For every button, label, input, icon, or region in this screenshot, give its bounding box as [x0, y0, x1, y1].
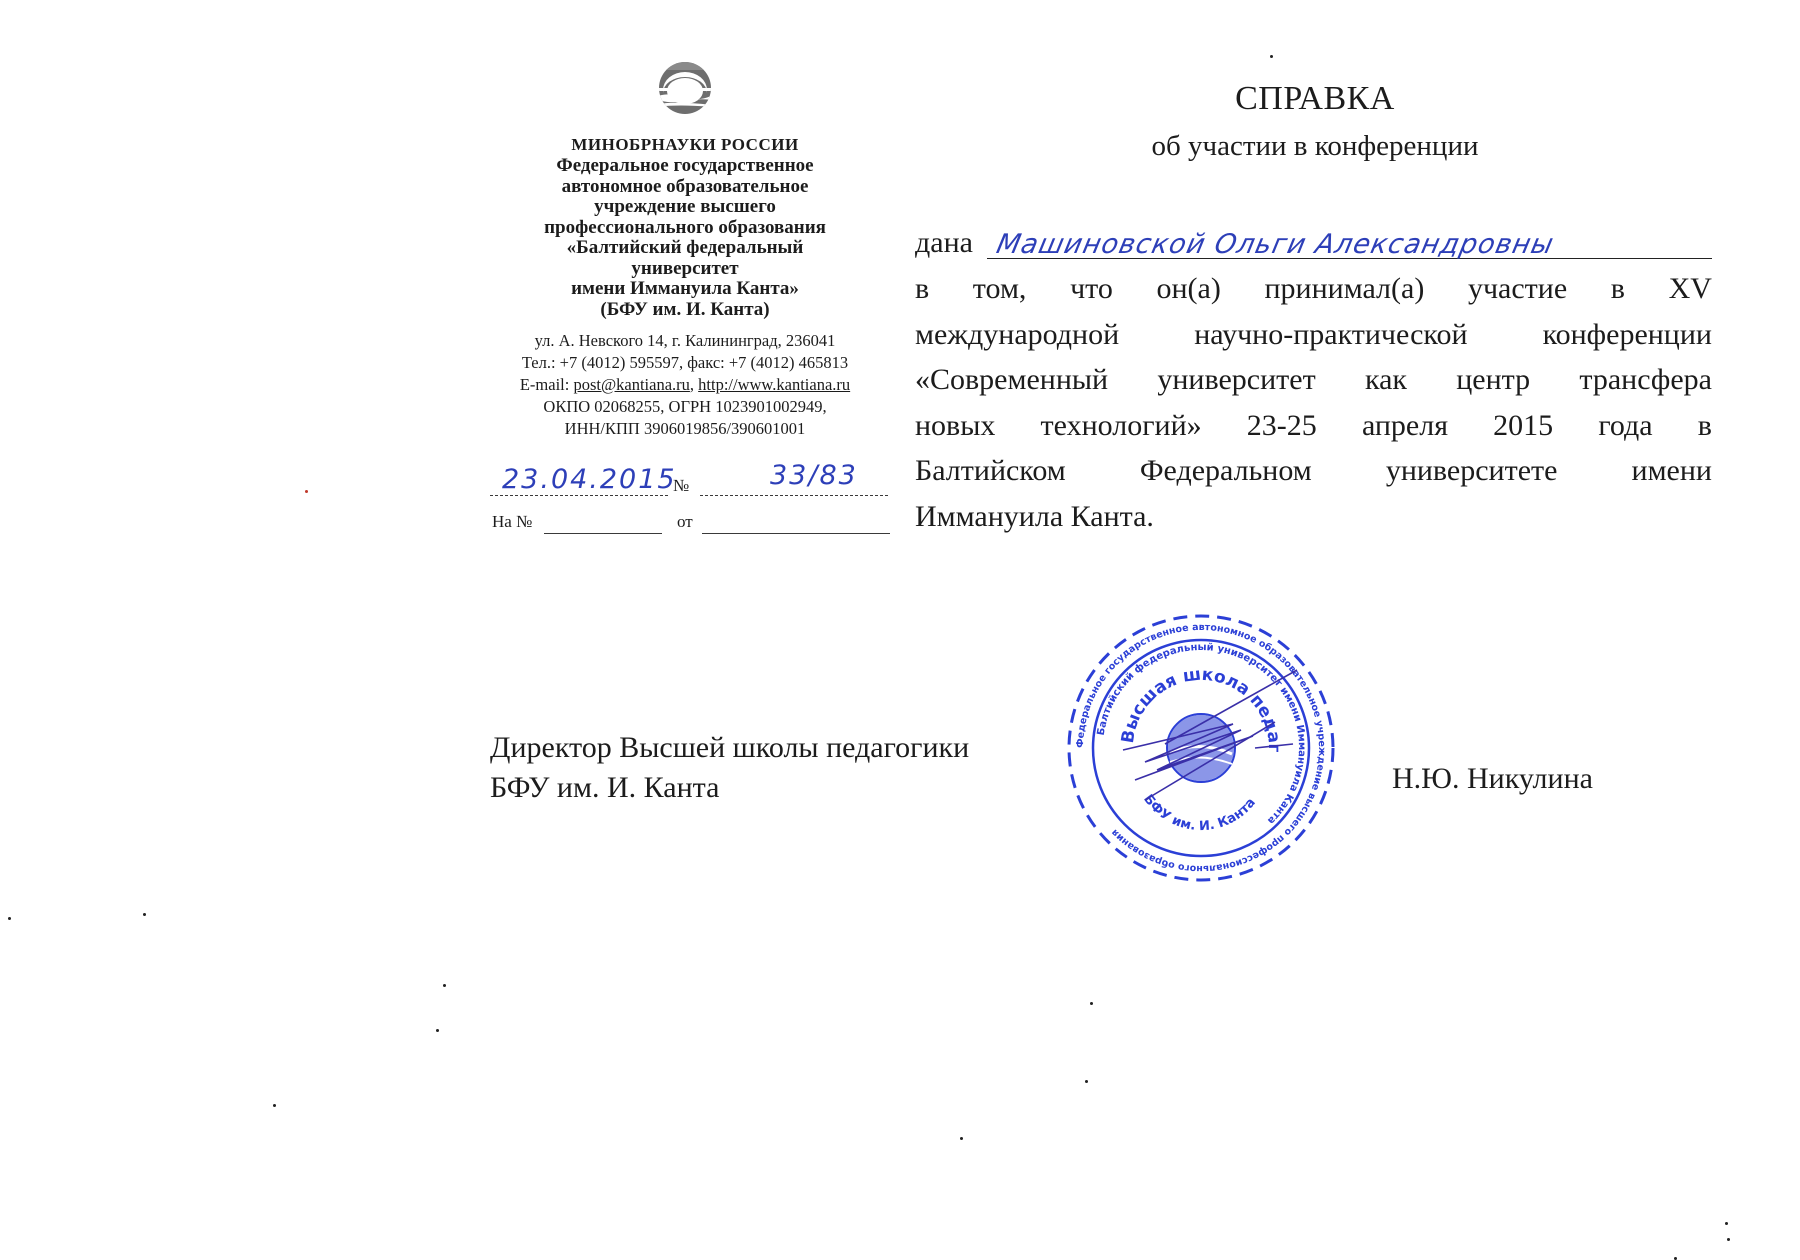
registration-number: 33/83 [770, 460, 858, 491]
scan-speck [960, 1137, 963, 1140]
body-line: БалтийскомФедеральномуниверситетеимени [915, 448, 1712, 494]
body-word: 2015 [1493, 403, 1553, 449]
scan-speck [8, 917, 11, 920]
email-web: E-mail: post@kantiana.ru, http://www.kan… [470, 374, 900, 396]
document-title: СПРАВКА [1000, 80, 1630, 118]
body-word: он(а) [1157, 266, 1221, 312]
body-word: апреля [1362, 403, 1448, 449]
body-word: года [1598, 403, 1652, 449]
body-line: Иммануила Канта. [915, 494, 1712, 540]
position-line: БФУ им. И. Канта [490, 768, 969, 808]
org-line: университет [470, 259, 900, 280]
issued-to-name: Машиновской Ольги Александровны [992, 222, 1558, 268]
scan-speck [1725, 1222, 1728, 1225]
body-word: как [1365, 357, 1407, 403]
body-word: том, [973, 266, 1027, 312]
body-line: втом,чтоон(а)принимал(а)участиевXV [915, 266, 1712, 312]
body-word: университет [1157, 357, 1315, 403]
official-stamp: Федеральное государственное автономное о… [1065, 612, 1337, 884]
body-paragraph: втом,чтоон(а)принимал(а)участиевXVмеждун… [915, 266, 1712, 539]
org-line: (БФУ им. И. Канта) [470, 300, 900, 321]
reply-number-label: На № [492, 512, 532, 532]
body-word: международной [915, 312, 1119, 358]
bfu-logo-icon [657, 60, 713, 116]
number-label: № [673, 476, 689, 496]
contact-block: ул. А. Невского 14, г. Калининград, 2360… [470, 330, 900, 440]
phone-fax: Тел.: +7 (4012) 595597, факс: +7 (4012) … [470, 352, 900, 374]
body-line: международнойнаучно-практическойконферен… [915, 312, 1712, 358]
body-word: участие [1468, 266, 1567, 312]
body-word: в [1611, 266, 1625, 312]
reply-row: На № от [492, 508, 892, 538]
org-line: профессионального образования [470, 218, 900, 239]
scan-speck [273, 1104, 276, 1107]
org-line: имени Иммануила Канта» [470, 279, 900, 300]
body-word: Балтийском [915, 448, 1066, 494]
from-label: от [677, 512, 693, 532]
body-word: 23-25 [1247, 403, 1317, 449]
body-word: что [1070, 266, 1113, 312]
scan-speck [305, 490, 308, 493]
separator: , [690, 375, 698, 394]
address: ул. А. Невского 14, г. Калининград, 2360… [470, 330, 900, 352]
body-word: Федеральном [1140, 448, 1312, 494]
letterhead: МИНОБРНАУКИ РОССИИ Федеральное государст… [470, 60, 900, 440]
registration-row: 23.04.2015 № 33/83 [490, 470, 890, 500]
body-word: новых [915, 403, 995, 449]
ministry-name: МИНОБРНАУКИ РОССИИ [470, 134, 900, 156]
okpo-ogrn: ОКПО 02068255, ОГРН 1023901002949, [470, 396, 900, 418]
body-word: имени [1632, 448, 1712, 494]
svg-text:БФУ им. И. Канта: БФУ им. И. Канта [1140, 792, 1259, 834]
date-line [490, 495, 668, 496]
body-word: в [915, 266, 929, 312]
org-line: автономное образовательное [470, 177, 900, 198]
stamp-bottom-text: БФУ им. И. Канта [1140, 792, 1259, 834]
website-link[interactable]: http://www.kantiana.ru [698, 375, 850, 394]
organization-name: Федеральное государственное автономное о… [470, 156, 900, 320]
org-line: учреждение высшего [470, 197, 900, 218]
org-line: «Балтийский федеральный [470, 238, 900, 259]
signatory-name: Н.Ю. Никулина [1392, 762, 1593, 796]
from-date-line [702, 533, 890, 534]
body-word: технологий» [1041, 403, 1202, 449]
body-line: новыхтехнологий»23-25апреля2015годав [915, 403, 1712, 449]
scan-speck [443, 984, 446, 987]
body-word: «Современный [915, 357, 1108, 403]
issued-to-label: дана [915, 220, 973, 266]
body-word: XV [1669, 266, 1712, 312]
body-word: трансфера [1579, 357, 1712, 403]
document-body: дана Машиновской Ольги Александровны вто… [915, 220, 1712, 539]
body-word: принимал(а) [1264, 266, 1424, 312]
body-word: Иммануила Канта. [915, 494, 1154, 540]
body-word: конференции [1543, 312, 1712, 358]
body-word: в [1698, 403, 1712, 449]
email-link[interactable]: post@kantiana.ru [573, 375, 689, 394]
body-word: центр [1456, 357, 1530, 403]
scan-speck [1727, 1238, 1730, 1241]
body-word: университете [1386, 448, 1558, 494]
number-line [700, 495, 888, 496]
scan-speck [436, 1029, 439, 1032]
scan-speck [1090, 1002, 1093, 1005]
reply-number-line [544, 533, 662, 534]
registration-date: 23.04.2015 [502, 464, 677, 495]
scan-speck [1270, 55, 1273, 58]
body-line: «Современныйуниверситеткакцентртрансфера [915, 357, 1712, 403]
email-label: E-mail: [520, 375, 574, 394]
position-line: Директор Высшей школы педагогики [490, 728, 969, 768]
signatory-position: Директор Высшей школы педагогики БФУ им.… [490, 728, 969, 808]
inn-kpp: ИНН/КПП 3906019856/390601001 [470, 418, 900, 440]
body-word: научно-практической [1194, 312, 1467, 358]
issued-to-row: дана Машиновской Ольги Александровны [915, 220, 1712, 266]
scan-speck [1085, 1080, 1088, 1083]
document-subtitle: об участии в конференции [1000, 130, 1630, 163]
org-line: Федеральное государственное [470, 156, 900, 177]
scan-speck [143, 913, 146, 916]
